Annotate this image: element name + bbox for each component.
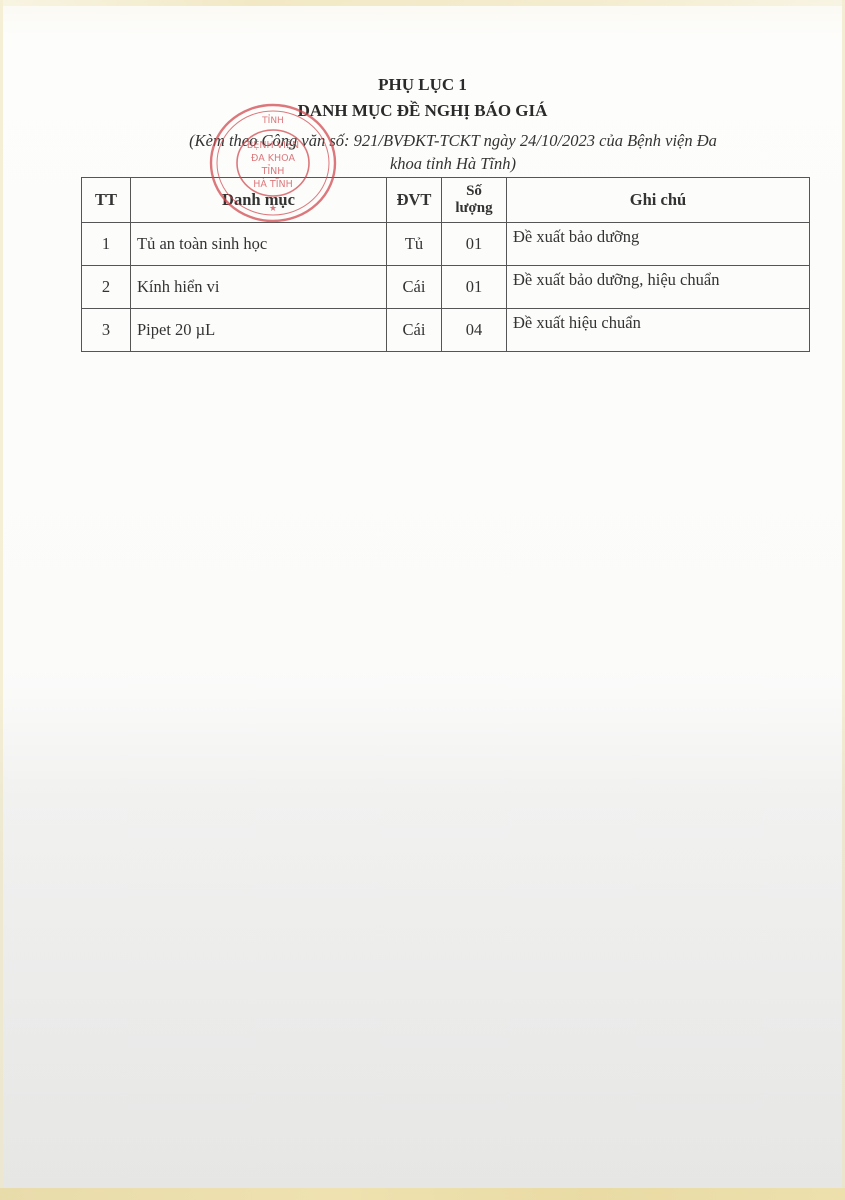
cell-unit: Cái — [387, 309, 442, 352]
cell-tt: 2 — [82, 266, 131, 309]
header-note: Ghi chú — [507, 178, 810, 223]
table-row: 3 Pipet 20 µL Cái 04 Đề xuất hiệu chuẩn — [82, 309, 810, 352]
quotation-item-table: TT Danh mục ĐVT Số lượng Ghi chú 1 Tủ an… — [81, 177, 810, 352]
cell-note: Đề xuất bảo dưỡng — [507, 223, 810, 266]
appendix-title: PHỤ LỤC 1 — [0, 75, 845, 95]
cell-tt: 3 — [82, 309, 131, 352]
scan-shadow — [0, 690, 845, 1200]
paper-edge-bottom — [0, 1188, 845, 1200]
cell-name: Pipet 20 µL — [131, 309, 387, 352]
paper-edge-top — [0, 0, 845, 6]
cell-note: Đề xuất bảo dưỡng, hiệu chuẩn — [507, 266, 810, 309]
table-header-row: TT Danh mục ĐVT Số lượng Ghi chú — [82, 178, 810, 223]
header-quantity: Số lượng — [442, 178, 507, 223]
header-unit: ĐVT — [387, 178, 442, 223]
cell-name: Tủ an toàn sinh học — [131, 223, 387, 266]
cell-quantity: 01 — [442, 266, 507, 309]
cell-unit: Tủ — [387, 223, 442, 266]
header-tt: TT — [82, 178, 131, 223]
header-quantity-line-2: lượng — [448, 200, 500, 217]
header-quantity-line-1: Số — [448, 183, 500, 200]
cell-quantity: 04 — [442, 309, 507, 352]
cell-note: Đề xuất hiệu chuẩn — [507, 309, 810, 352]
subtitle-line-1: (Kèm theo Công văn số: 921/BVĐKT-TCKT ng… — [128, 129, 778, 152]
document-subtitle: (Kèm theo Công văn số: 921/BVĐKT-TCKT ng… — [128, 129, 778, 175]
document-heading: DANH MỤC ĐỀ NGHỊ BÁO GIÁ — [0, 101, 845, 121]
cell-unit: Cái — [387, 266, 442, 309]
table-row: 2 Kính hiển vi Cái 01 Đề xuất bảo dưỡng,… — [82, 266, 810, 309]
subtitle-line-2: khoa tỉnh Hà Tĩnh) — [128, 152, 778, 175]
cell-name: Kính hiển vi — [131, 266, 387, 309]
cell-quantity: 01 — [442, 223, 507, 266]
header-name: Danh mục — [131, 178, 387, 223]
cell-tt: 1 — [82, 223, 131, 266]
table-row: 1 Tủ an toàn sinh học Tủ 01 Đề xuất bảo … — [82, 223, 810, 266]
